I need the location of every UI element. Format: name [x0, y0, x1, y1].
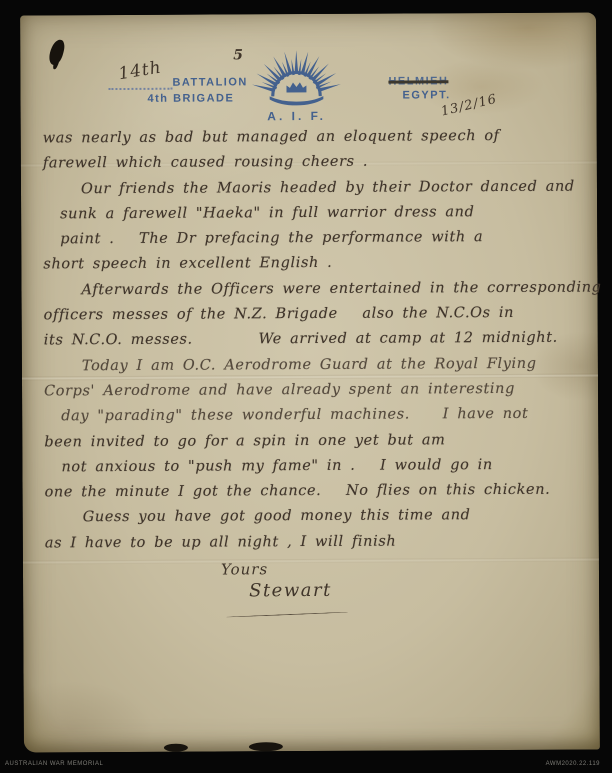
letter-line: Our friends the Maoris headed by their D…	[43, 174, 583, 202]
letter-line: was nearly as bad but managed an eloquen…	[43, 124, 583, 152]
letter-line: paint . The Dr prefacing the performance…	[43, 225, 583, 253]
signature: Stewart	[249, 580, 332, 601]
letter-body: was nearly as bad but managed an eloquen…	[43, 124, 585, 557]
aif-label: A. I. F.	[251, 109, 343, 123]
location-struck-out: HELMIEH	[388, 75, 448, 87]
letter-line: Guess you have got good money this time …	[45, 503, 585, 531]
letter-line: sunk a farewell "Haeka" in full warrior …	[43, 199, 583, 227]
edge-mark	[164, 744, 188, 752]
rising-sun-badge-icon	[250, 47, 342, 112]
signature-flourish	[226, 612, 348, 618]
letter-line: Afterwards the Officers were entertained…	[43, 275, 583, 303]
edge-mark	[249, 742, 283, 751]
ink-blot	[47, 38, 66, 66]
letter-page: 5 14th BATTALION 4th BRIGADE	[20, 12, 600, 752]
letter-line: its N.C.O. messes. We arrived at camp at…	[44, 326, 584, 354]
page-number: 5	[233, 47, 243, 63]
archive-institution-label: AUSTRALIAN WAR MEMORIAL	[5, 761, 103, 767]
battalion-label: BATTALION	[172, 76, 247, 88]
letter-line: as I have to be up all night , I will fi…	[45, 528, 585, 556]
letter-line: not anxious to "push my fame" in . I wou…	[44, 452, 584, 480]
letter-line: farewell which caused rousing cheers .	[43, 149, 583, 177]
letter-line: Corps' Aerodrome and have already spent …	[44, 377, 584, 405]
letter-line: officers messes of the N.Z. Brigade also…	[44, 301, 584, 329]
letter-line: day "parading" these wonderful machines.…	[44, 402, 584, 430]
letter-line: short speech in excellent English .	[43, 250, 583, 278]
dotted-rule	[108, 88, 172, 90]
archive-accession-label: AWM2020.22.119	[546, 761, 600, 767]
brigade-label: 4th BRIGADE	[147, 92, 234, 104]
closing: Yours	[221, 560, 268, 578]
battalion-number-handwritten: 14th	[117, 58, 163, 85]
letter-line: Today I am O.C. Aerodrome Guard at the R…	[44, 351, 584, 379]
paper-crease	[23, 557, 599, 564]
letter-line: one the minute I got the chance. No flie…	[45, 478, 585, 506]
location-label: EGYPT.	[402, 89, 450, 101]
scanned-letter-frame: 5 14th BATTALION 4th BRIGADE	[0, 0, 612, 773]
letter-line: been invited to go for a spin in one yet…	[44, 427, 584, 455]
